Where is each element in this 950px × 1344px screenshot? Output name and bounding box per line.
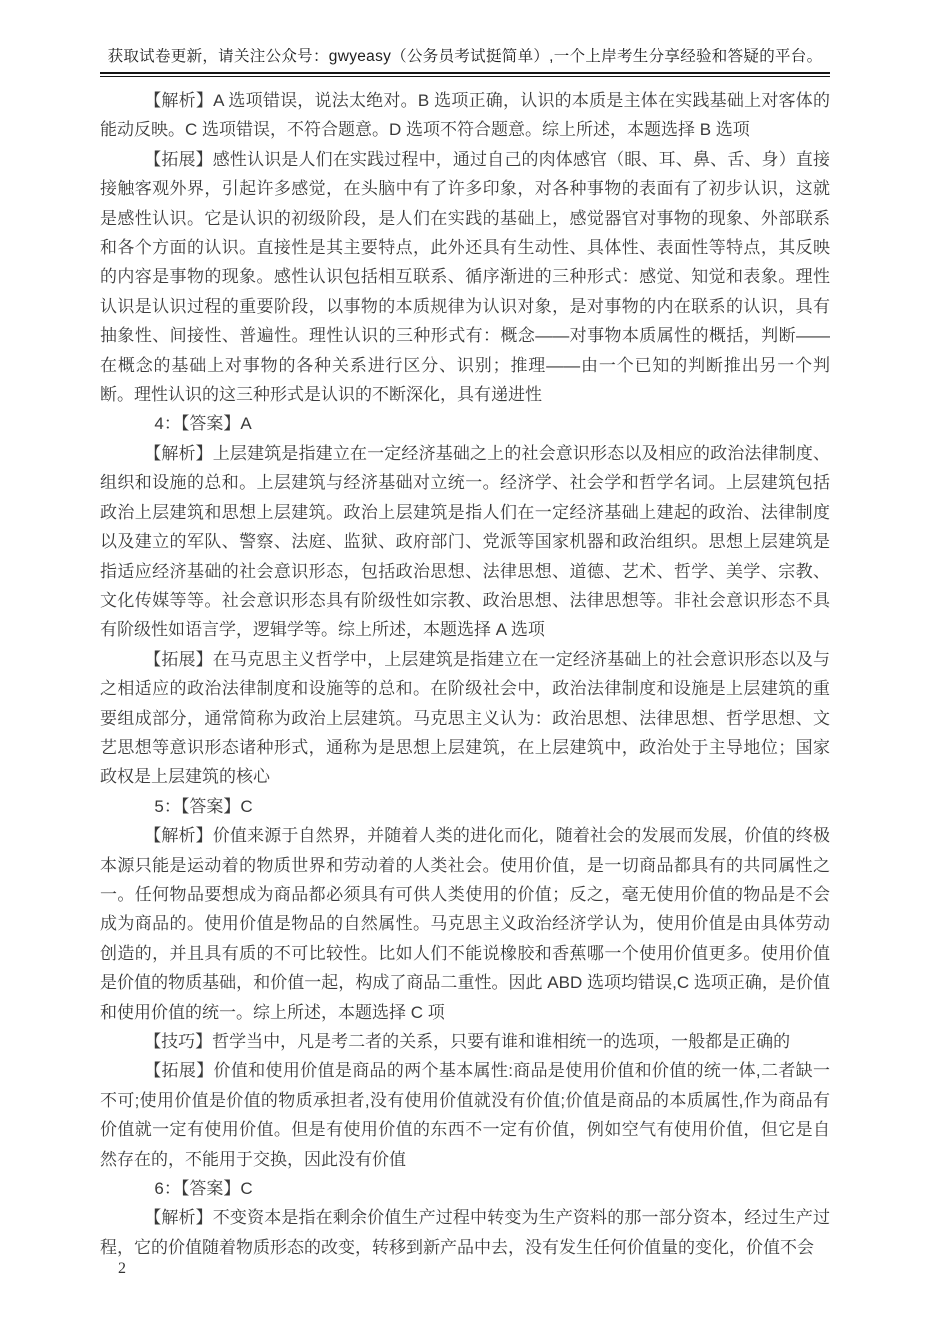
body-paragraph: 【解析】不变资本是指在剩余价值生产过程中转变为生产资料的那一部分资本，经过生产过… bbox=[100, 1203, 830, 1262]
body-paragraph: 【拓展】价值和使用价值是商品的两个基本属性:商品是使用价值和价值的统一体,二者缺… bbox=[100, 1056, 830, 1174]
body-paragraph: 【拓展】感性认识是人们在实践过程中，通过自己的肉体感官（眼、耳、鼻、舌、身）直接… bbox=[100, 145, 830, 410]
body-paragraph: 【拓展】在马克思主义哲学中，上层建筑是指建立在一定经济基础上的社会意识形态以及与… bbox=[100, 645, 830, 792]
page-number: 2 bbox=[118, 1260, 126, 1278]
document-page: 获取试卷更新，请关注公众号：gwyeasy（公务员考试挺简单）,一个上岸考生分享… bbox=[0, 0, 950, 1344]
body-paragraph: 【解析】价值来源于自然界，并随着人类的进化而化，随着社会的发展而发展，价值的终极… bbox=[100, 821, 830, 1027]
header-double-rule bbox=[100, 72, 830, 77]
answer-line: 4：【答案】A bbox=[100, 409, 830, 438]
answer-line: 6：【答案】C bbox=[100, 1174, 830, 1203]
header-notice: 获取试卷更新，请关注公众号：gwyeasy（公务员考试挺简单）,一个上岸考生分享… bbox=[100, 46, 830, 68]
body-paragraph: 【技巧】哲学当中，凡是考二者的关系，只要有谁和谁相统一的选项，一般都是正确的 bbox=[100, 1027, 830, 1056]
answer-line: 5：【答案】C bbox=[100, 792, 830, 821]
page-header: 获取试卷更新，请关注公众号：gwyeasy（公务员考试挺简单）,一个上岸考生分享… bbox=[100, 46, 830, 77]
body-paragraph: 【解析】A 选项错误，说法太绝对。B 选项正确，认识的本质是主体在实践基础上对客… bbox=[100, 86, 830, 145]
body-paragraph: 【解析】上层建筑是指建立在一定经济基础之上的社会意识形态以及相应的政治法律制度、… bbox=[100, 439, 830, 645]
document-body: 【解析】A 选项错误，说法太绝对。B 选项正确，认识的本质是主体在实践基础上对客… bbox=[100, 86, 830, 1262]
